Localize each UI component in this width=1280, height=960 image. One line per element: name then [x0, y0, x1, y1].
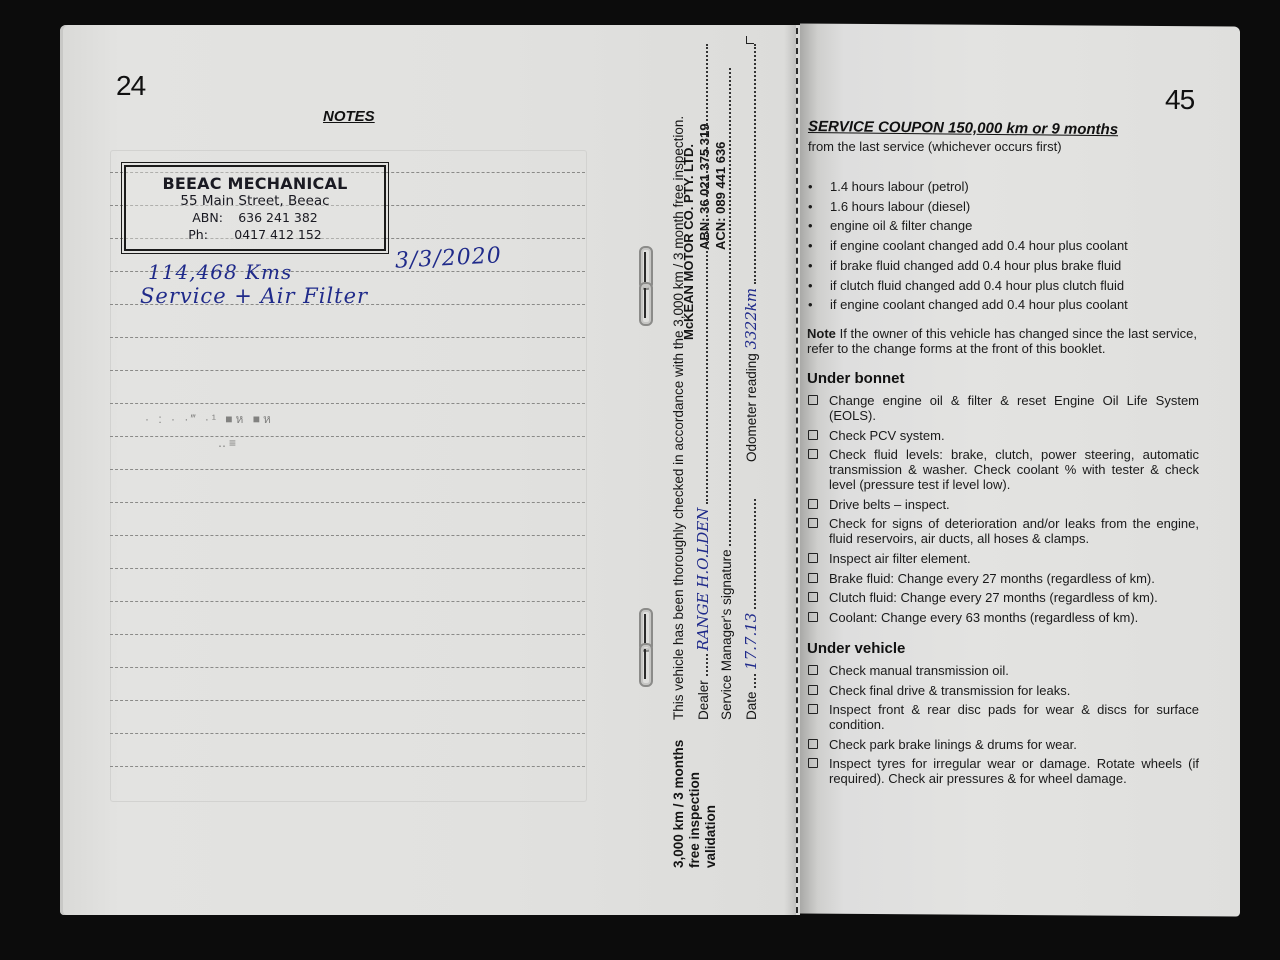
checklist-item[interactable]: Check for signs of deterioration and/or … — [807, 516, 1199, 546]
checklist-item[interactable]: Drive belts – inspect. — [807, 497, 1199, 512]
checkbox-icon[interactable] — [808, 739, 818, 749]
checklist-item-text: Check park brake linings & drums for wea… — [829, 737, 1077, 752]
odometer-value: 3322km — [742, 288, 760, 350]
dealer-label: Dealer — [696, 680, 711, 720]
notes-ruled-line — [110, 766, 585, 799]
checkbox-icon[interactable] — [808, 430, 818, 440]
notes-ruled-line — [110, 436, 585, 469]
bullet-icon: • — [808, 216, 813, 236]
handwritten-work: Service + Air Filter — [140, 284, 368, 308]
bullet-icon: • — [808, 295, 813, 315]
bullet-icon: • — [808, 197, 813, 217]
signature-field[interactable]: Service Manager's signature — [719, 68, 735, 720]
labour-item: •if brake fluid changed add 0.4 hour plu… — [808, 256, 1208, 276]
staple-bottom-b — [639, 643, 653, 687]
odometer-dots — [744, 44, 756, 284]
checklist-item-text: Change engine oil & filter & reset Engin… — [829, 393, 1199, 423]
labour-item: •1.6 hours labour (diesel) — [808, 197, 1208, 217]
checkbox-icon[interactable] — [808, 518, 818, 528]
date-dots-lead — [744, 674, 756, 688]
service-coupon-title: SERVICE COUPON 150,000 km or 9 months — [808, 118, 1118, 138]
stamp-phone: Ph: 0417 412 152 — [126, 226, 384, 243]
checklist-item-text: Inspect tyres for irregular wear or dama… — [829, 756, 1199, 786]
bullet-icon: • — [808, 177, 813, 197]
notes-ruled-line — [110, 634, 585, 667]
checkbox-icon[interactable] — [808, 573, 818, 583]
notes-ruled-line — [110, 370, 585, 403]
labour-item-text: if clutch fluid changed add 0.4 hour plu… — [830, 278, 1124, 293]
labour-item-text: if engine coolant changed add 0.4 hour p… — [830, 297, 1128, 312]
checkbox-icon[interactable] — [808, 758, 818, 768]
under-vehicle-checklist: Check manual transmission oil.Check fina… — [807, 663, 1199, 791]
coupon-strip-heading-line1: 3,000 km / 3 months — [671, 718, 687, 868]
signature-dots — [719, 68, 731, 546]
checklist-item[interactable]: Check PCV system. — [807, 428, 1199, 443]
perforation-line — [796, 28, 798, 913]
bullet-icon: • — [808, 256, 813, 276]
checklist-item[interactable]: Brake fluid: Change every 27 months (reg… — [807, 571, 1199, 586]
checklist-item-text: Inspect front & rear disc pads for wear … — [829, 702, 1199, 732]
checklist-item[interactable]: Check manual transmission oil. — [807, 663, 1199, 678]
labour-item: •if engine coolant changed add 0.4 hour … — [808, 295, 1208, 315]
checkbox-icon[interactable] — [808, 553, 818, 563]
labour-item: •engine oil & filter change — [808, 216, 1208, 236]
stamp-business-name: BEEAC MECHANICAL — [126, 175, 384, 193]
handwritten-odometer: 114,468 Kms — [148, 260, 292, 284]
notes-ruled-line — [110, 568, 585, 601]
inspection-coupon-strip: 3,000 km / 3 months free inspection vali… — [671, 48, 791, 868]
checklist-item-text: Check for signs of deterioration and/or … — [829, 516, 1199, 546]
checkbox-icon[interactable] — [808, 612, 818, 622]
checklist-item[interactable]: Coolant: Change every 63 months (regardl… — [807, 610, 1199, 625]
notes-ruled-line — [110, 601, 585, 634]
date-field[interactable]: Date 17.7.13 — [743, 499, 760, 720]
date-value: 17.7.13 — [742, 613, 760, 670]
under-bonnet-heading: Under bonnet — [807, 370, 905, 387]
dealer-value: RANGE H.O.LDEN — [694, 508, 712, 651]
checklist-item[interactable]: Inspect front & rear disc pads for wear … — [807, 702, 1199, 732]
note-text: If the owner of this vehicle has changed… — [807, 326, 1197, 356]
faded-ink-line-2: ‥≡ — [218, 436, 239, 450]
ownership-note: Note If the owner of this vehicle has ch… — [807, 326, 1197, 356]
checkbox-icon[interactable] — [808, 499, 818, 509]
checkbox-icon[interactable] — [808, 704, 818, 714]
service-coupon-subtitle: from the last service (whichever occurs … — [808, 139, 1062, 154]
dealer-field[interactable]: Dealer RANGE H.O.LDEN — [695, 44, 712, 720]
checklist-item-text: Brake fluid: Change every 27 months (reg… — [829, 571, 1155, 586]
coupon-strip-heading: 3,000 km / 3 months free inspection vali… — [671, 718, 719, 868]
under-bonnet-checklist: Change engine oil & filter & reset Engin… — [807, 393, 1199, 629]
checklist-item-text: Clutch fluid: Change every 27 months (re… — [829, 590, 1158, 605]
workshop-stamp: BEEAC MECHANICAL 55 Main Street, Beeac A… — [124, 165, 386, 251]
faded-ink-line-1: · : · ·‴ ·¹ ■ห ■ห — [145, 410, 274, 429]
odometer-field[interactable]: Odometer reading 3322km — [743, 44, 760, 462]
checklist-item[interactable]: Inspect tyres for irregular wear or dama… — [807, 756, 1199, 786]
notes-ruled-line — [110, 667, 585, 700]
bullet-icon: • — [808, 276, 813, 296]
checkbox-icon[interactable] — [808, 395, 818, 405]
signature-label: Service Manager's signature — [719, 549, 734, 720]
coupon-strip-heading-line2: free inspection — [687, 718, 703, 868]
checklist-item-text: Check fluid levels: brake, clutch, power… — [829, 447, 1199, 492]
checklist-item[interactable]: Clutch fluid: Change every 27 months (re… — [807, 590, 1199, 605]
checklist-item-text: Drive belts – inspect. — [829, 497, 950, 512]
staple-top-b — [639, 282, 653, 326]
stamp-address: 55 Main Street, Beeac — [126, 193, 384, 209]
labour-item: •if engine coolant changed add 0.4 hour … — [808, 236, 1208, 256]
checklist-item[interactable]: Check fluid levels: brake, clutch, power… — [807, 447, 1199, 492]
stamp-phone-label: Ph: — [188, 226, 230, 243]
checklist-item-text: Inspect air filter element. — [829, 551, 971, 566]
labour-item: •1.4 hours labour (petrol) — [808, 177, 1208, 197]
labour-list: •1.4 hours labour (petrol)•1.6 hours lab… — [808, 177, 1208, 315]
odometer-label: Odometer reading — [744, 353, 759, 462]
date-label: Date — [744, 691, 759, 720]
checklist-item-text: Check manual transmission oil. — [829, 663, 1009, 678]
checklist-item[interactable]: Check park brake linings & drums for wea… — [807, 737, 1199, 752]
page-number-left: 24 — [116, 70, 145, 102]
stamp-abn: ABN: 636 241 382 — [126, 209, 384, 226]
checklist-item-text: Check final drive & transmission for lea… — [829, 683, 1070, 698]
notes-ruled-line — [110, 469, 585, 502]
notes-ruled-line — [110, 304, 585, 337]
under-vehicle-heading: Under vehicle — [807, 640, 905, 657]
labour-item-text: engine oil & filter change — [830, 218, 972, 233]
dealer-dots-tail — [696, 44, 708, 504]
bullet-icon: • — [808, 236, 813, 256]
notes-title: NOTES — [323, 108, 375, 125]
notes-ruled-line — [110, 502, 585, 535]
checklist-item[interactable]: Change engine oil & filter & reset Engin… — [807, 393, 1199, 423]
date-dots-tail — [744, 499, 756, 609]
checklist-item-text: Check PCV system. — [829, 428, 945, 443]
stamp-abn-value: 636 241 382 — [238, 210, 318, 225]
stamp-abn-label: ABN: — [192, 209, 234, 226]
note-label: Note — [807, 326, 836, 341]
checkbox-icon[interactable] — [808, 592, 818, 602]
checklist-item-text: Coolant: Change every 63 months (regardl… — [829, 610, 1138, 625]
coupon-strip-heading-line3: validation — [703, 718, 719, 868]
checkbox-icon[interactable] — [808, 665, 818, 675]
labour-item-text: 1.6 hours labour (diesel) — [830, 199, 970, 214]
notes-ruled-line — [110, 733, 585, 766]
checklist-item[interactable]: Check final drive & transmission for lea… — [807, 683, 1199, 698]
stamp-phone-value: 0417 412 152 — [234, 227, 321, 242]
dealer-dots-lead — [696, 654, 708, 676]
page-number-right: 45 — [1165, 84, 1194, 116]
corner-mark — [746, 36, 754, 44]
notes-ruled-line — [110, 535, 585, 568]
labour-item-text: 1.4 hours labour (petrol) — [830, 179, 969, 194]
checklist-item[interactable]: Inspect air filter element. — [807, 551, 1199, 566]
labour-item-text: if brake fluid changed add 0.4 hour plus… — [830, 258, 1121, 273]
labour-item: •if clutch fluid changed add 0.4 hour pl… — [808, 276, 1208, 296]
notes-ruled-line — [110, 700, 585, 733]
labour-item-text: if engine coolant changed add 0.4 hour p… — [830, 238, 1128, 253]
checkbox-icon[interactable] — [808, 449, 818, 459]
checkbox-icon[interactable] — [808, 685, 818, 695]
notes-ruled-line — [110, 337, 585, 370]
